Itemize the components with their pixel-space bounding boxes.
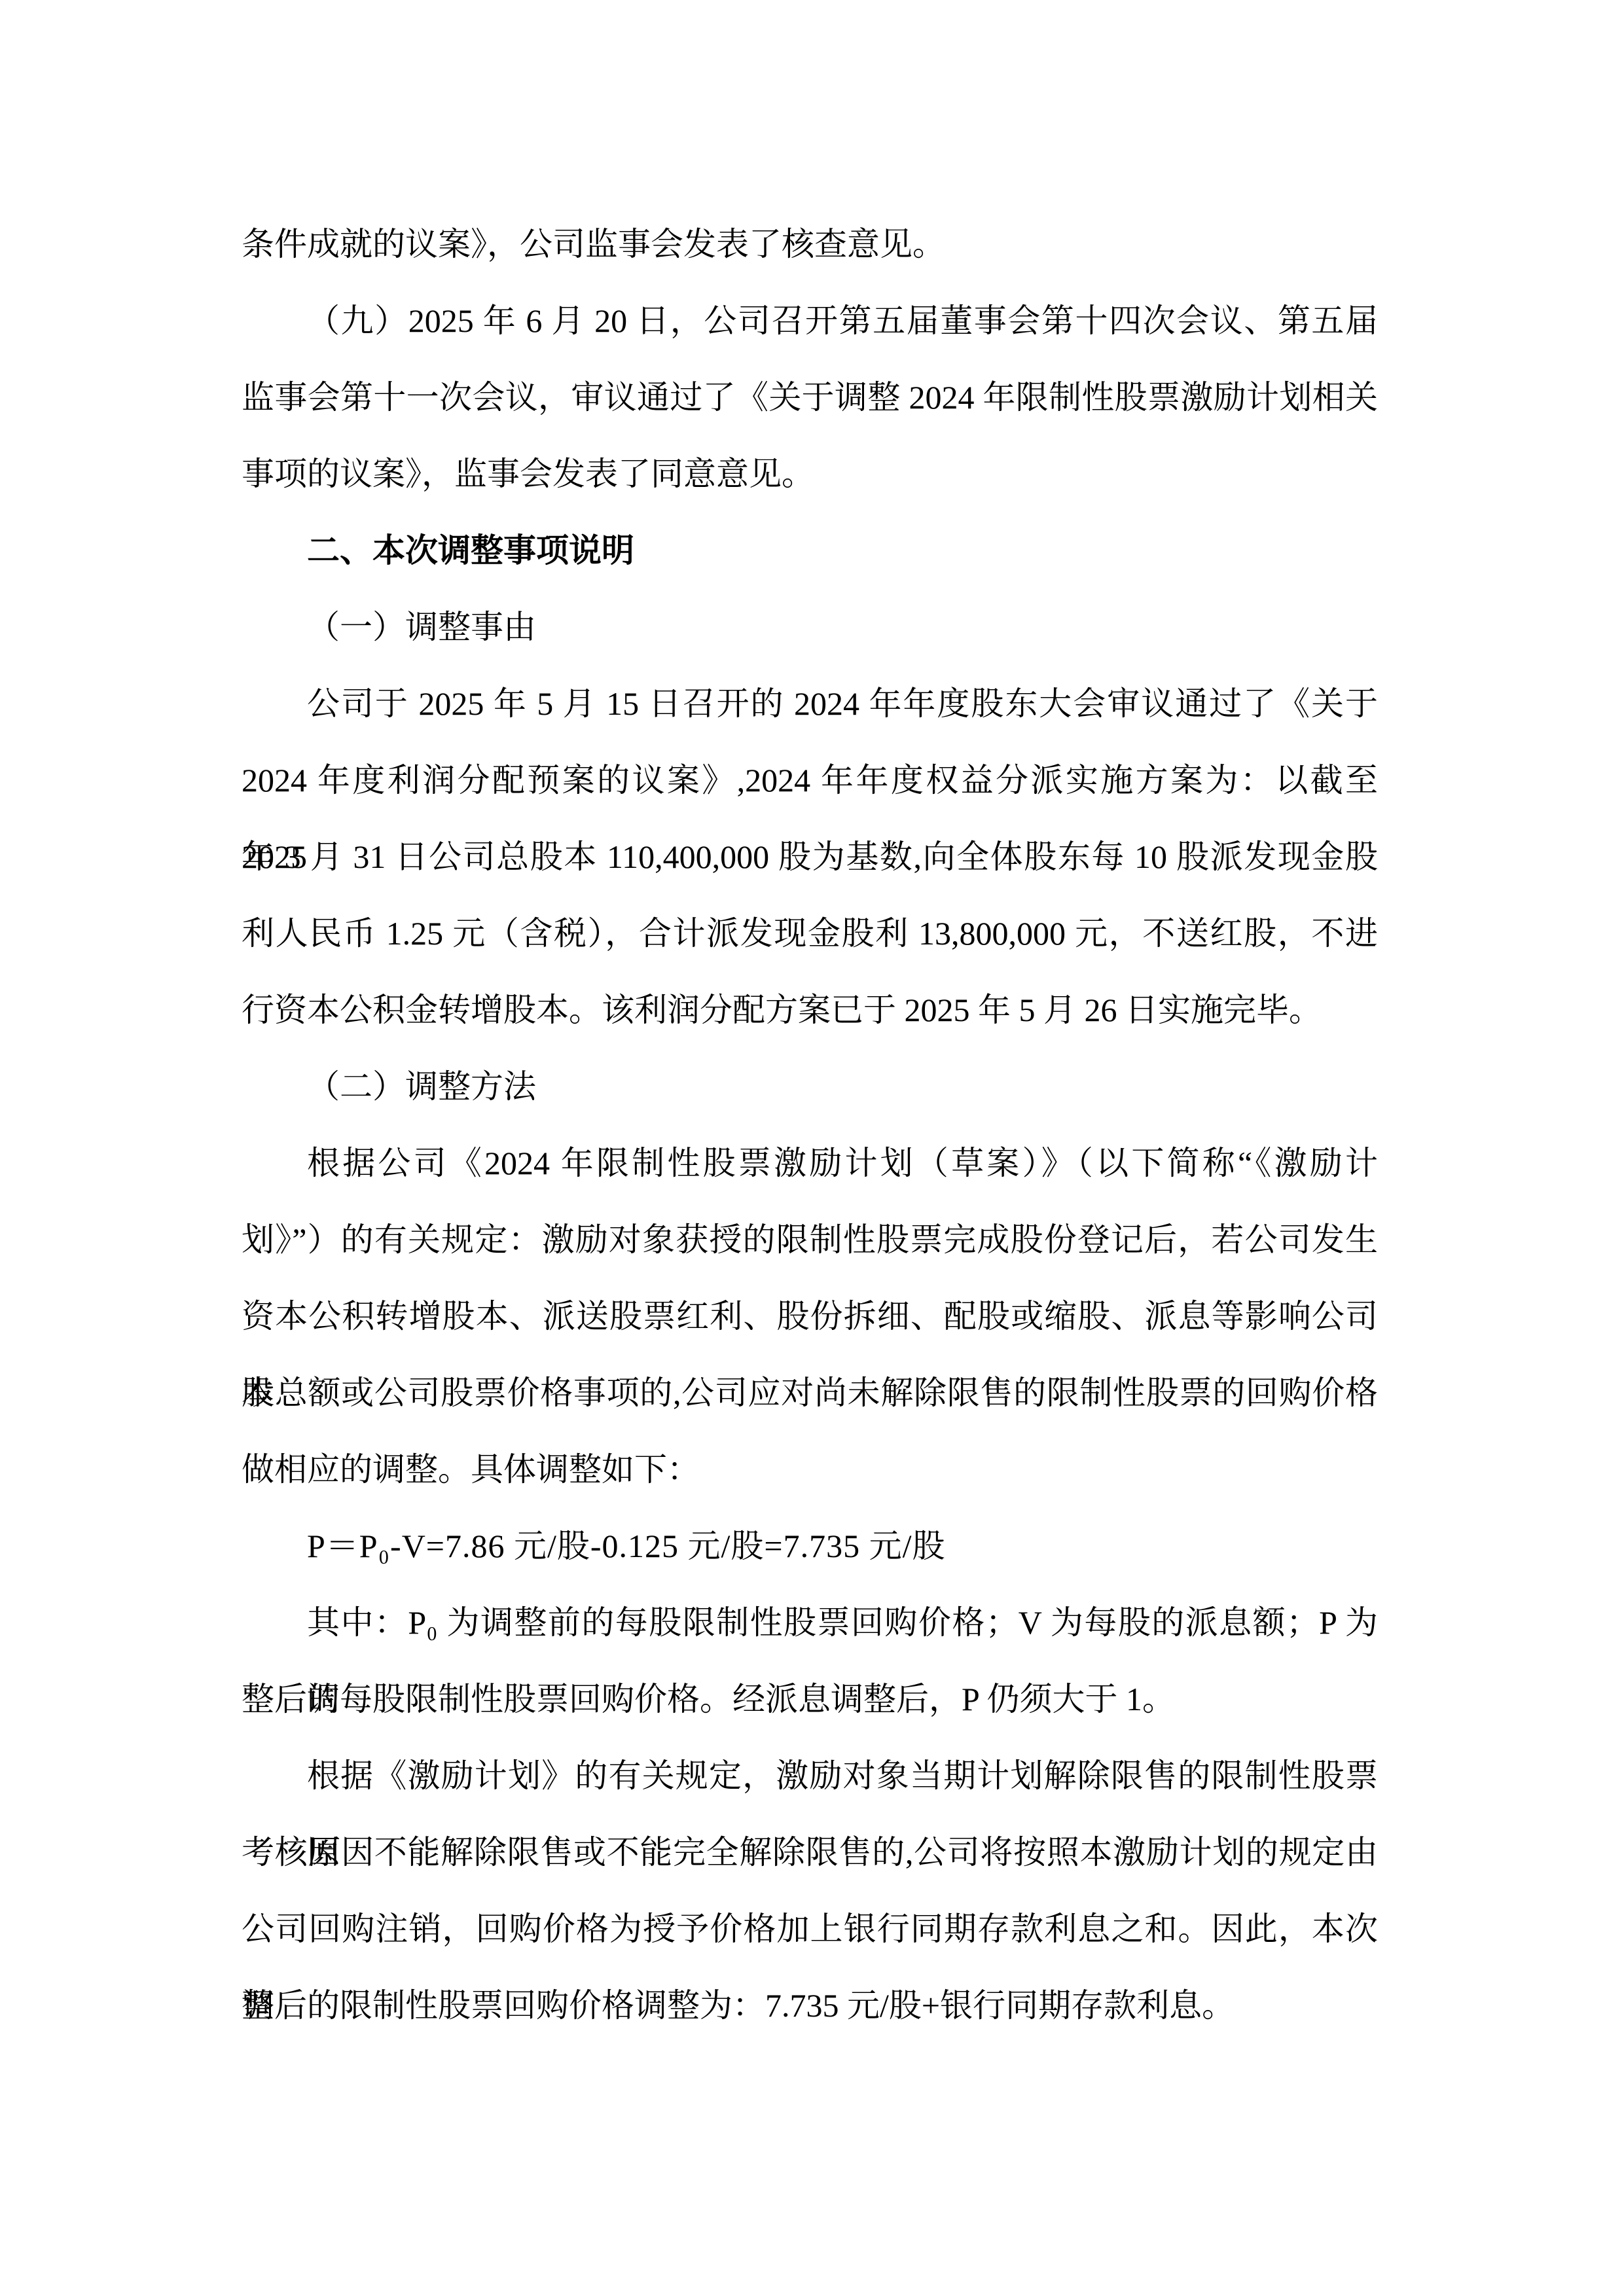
heading-section-two-adjustment-explanation: 二、本次调整事项说明: [242, 512, 1378, 589]
para-adjustment-method-body: 根据公司《2024 年限制性股票激励计划（草案）》（以下简称“《激励计划》”）的…: [242, 1125, 1378, 1508]
text-line: 二、本次调整事项说明: [242, 512, 1378, 589]
text-line: （九）2025 年 6 月 20 日，公司召开第五届董事会第十四次会议、第五届: [242, 283, 1378, 359]
text-line: 条件成就的议案》，公司监事会发表了核查意见。: [242, 206, 1378, 283]
text-line: 公司回购注销，回购价格为授予价格加上银行同期存款利息之和。因此，本次调: [242, 1891, 1378, 1967]
text-line: 事项的议案》，监事会发表了同意意见。: [242, 436, 1378, 512]
para-adjustment-reason-body: 公司于 2025 年 5 月 15 日召开的 2024 年年度股东大会审议通过了…: [242, 666, 1378, 1049]
text-line: 根据《激励计划》的有关规定，激励对象当期计划解除限售的限制性股票因: [242, 1738, 1378, 1814]
para-formula-variable-explanation: 其中：P₀ 为调整前的每股限制性股票回购价格；V 为每股的派息额；P 为调整后的…: [242, 1585, 1378, 1738]
text-line: 根据公司《2024 年限制性股票激励计划（草案）》（以下简称“《激励计: [242, 1125, 1378, 1202]
para-item-nine-meetings: （九）2025 年 6 月 20 日，公司召开第五届董事会第十四次会议、第五届监…: [242, 283, 1378, 512]
text-line: 年 3 月 31 日公司总股本 110,400,000 股为基数,向全体股东每 …: [242, 819, 1378, 895]
document-body: 条件成就的议案》，公司监事会发表了核查意见。（九）2025 年 6 月 20 日…: [242, 206, 1378, 2044]
para-price-adjustment-formula: P＝P₀-V=7.86 元/股-0.125 元/股=7.735 元/股: [242, 1508, 1378, 1585]
text-line: 整后的每股限制性股票回购价格。经派息调整后，P 仍须大于 1。: [242, 1661, 1378, 1738]
text-line: 利人民币 1.25 元（含税），合计派发现金股利 13,800,000 元，不送…: [242, 895, 1378, 972]
para-subsection-two-title-adjustment-method: （二）调整方法: [242, 1049, 1378, 1125]
text-line: 行资本公积金转增股本。该利润分配方案已于 2025 年 5 月 26 日实施完毕…: [242, 972, 1378, 1049]
para-continuation-supervisory-opinion: 条件成就的议案》，公司监事会发表了核查意见。: [242, 206, 1378, 283]
text-line: 整后的限制性股票回购价格调整为：7.735 元/股+银行同期存款利息。: [242, 1967, 1378, 2044]
text-line: P＝P₀-V=7.86 元/股-0.125 元/股=7.735 元/股: [242, 1508, 1378, 1585]
text-line: 划》”）的有关规定：激励对象获授的限制性股票完成股份登记后，若公司发生: [242, 1202, 1378, 1278]
text-line: 监事会第十一次会议，审议通过了《关于调整 2024 年限制性股票激励计划相关: [242, 359, 1378, 436]
text-line: 公司于 2025 年 5 月 15 日召开的 2024 年年度股东大会审议通过了…: [242, 666, 1378, 742]
para-subsection-one-title-adjustment-reason: （一）调整事由: [242, 589, 1378, 666]
text-line: （一）调整事由: [242, 589, 1378, 666]
text-line: 本总额或公司股票价格事项的,公司应对尚未解除限售的限制性股票的回购价格: [242, 1355, 1378, 1431]
text-line: 做相应的调整。具体调整如下：: [242, 1431, 1378, 1508]
text-line: 考核原因不能解除限售或不能完全解除限售的,公司将按照本激励计划的规定由: [242, 1814, 1378, 1891]
text-line: （二）调整方法: [242, 1049, 1378, 1125]
text-line: 2024 年度利润分配预案的议案》,2024 年年度权益分派实施方案为：以截至 …: [242, 742, 1378, 819]
para-repurchase-price-conclusion: 根据《激励计划》的有关规定，激励对象当期计划解除限售的限制性股票因考核原因不能解…: [242, 1738, 1378, 2044]
text-line: 其中：P₀ 为调整前的每股限制性股票回购价格；V 为每股的派息额；P 为调: [242, 1585, 1378, 1661]
document-page: 条件成就的议案》，公司监事会发表了核查意见。（九）2025 年 6 月 20 日…: [0, 0, 1624, 2296]
text-line: 资本公积转增股本、派送股票红利、股份拆细、配股或缩股、派息等影响公司股: [242, 1278, 1378, 1355]
